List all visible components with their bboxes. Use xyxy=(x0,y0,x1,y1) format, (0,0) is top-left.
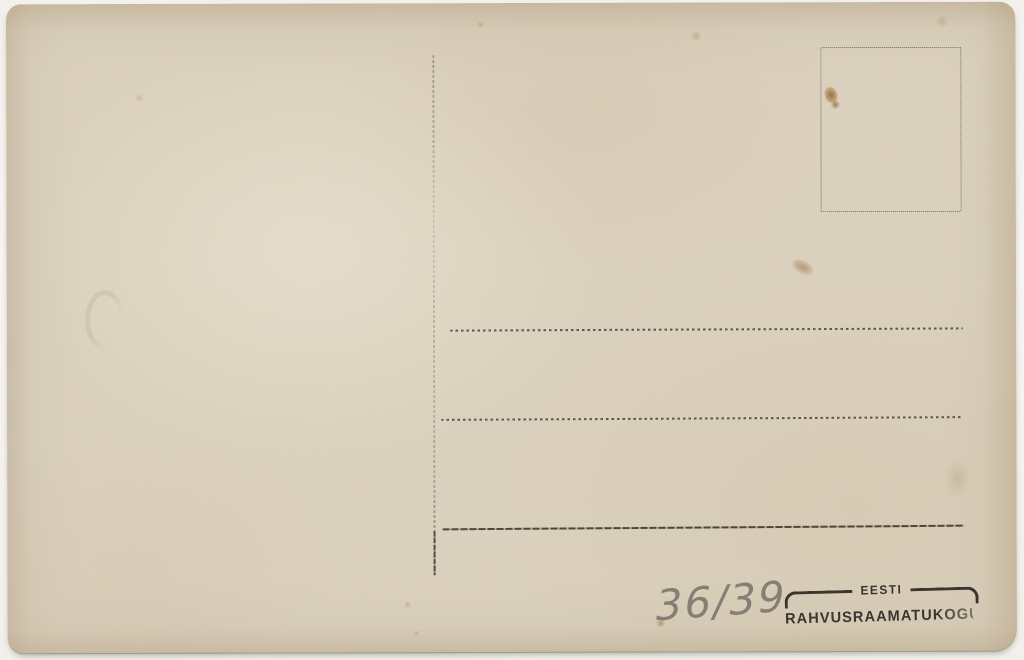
address-line xyxy=(450,327,963,331)
stain xyxy=(784,252,821,283)
divider-line-dark-segment xyxy=(434,531,436,575)
library-stamp: EESTI RAHVUSRAAMATUKOGU xyxy=(784,579,979,627)
stamp-bracket-right xyxy=(910,586,978,605)
stain xyxy=(939,452,975,506)
address-line xyxy=(443,525,965,531)
stamp-bracket-left xyxy=(784,590,852,609)
stain xyxy=(690,31,702,40)
divider-line xyxy=(432,55,435,575)
stamp-box xyxy=(820,47,961,212)
stain xyxy=(476,21,485,28)
stain xyxy=(413,630,420,636)
stamp-text-eesti: EESTI xyxy=(854,582,910,598)
stamp-text-rahvusraamatukogu: RAHVUSRAAMATUKOGU xyxy=(785,606,974,628)
stain xyxy=(404,601,412,608)
stain xyxy=(934,16,950,27)
address-line xyxy=(441,416,963,421)
scan-background: 36/39 EESTI RAHVUSRAAMATUKOGU xyxy=(0,0,1024,660)
postcard-back: 36/39 EESTI RAHVUSRAAMATUKOGU xyxy=(6,2,1017,654)
stain xyxy=(134,94,144,102)
handwritten-number: 36/39 xyxy=(655,572,787,631)
stamp-bracket: EESTI xyxy=(784,579,979,608)
stain xyxy=(85,290,125,350)
